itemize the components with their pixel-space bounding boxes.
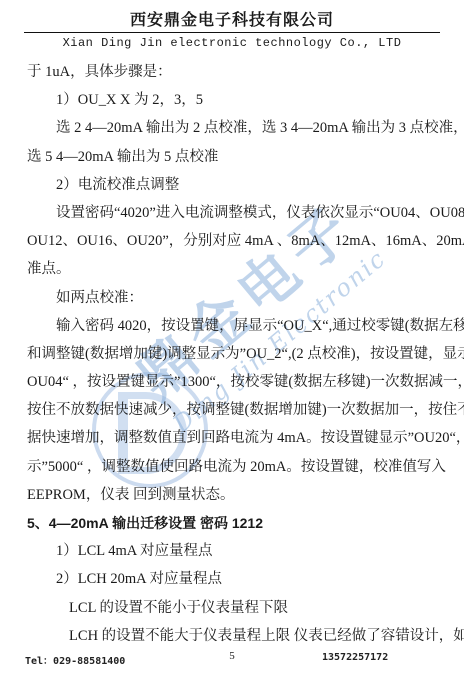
- page-footer: Tel：029-88581400 5 13572257172: [0, 648, 464, 670]
- body-line: EEPROM，仪表 回到测量状态。: [27, 481, 442, 509]
- page-header: 西安鼎金电子科技有限公司 Xian Ding Jin electronic te…: [0, 0, 464, 50]
- body-line: 于 1uA，具体步骤是：: [27, 58, 442, 86]
- body-line: 准点。: [27, 255, 442, 283]
- body-line: OU04“ ，按设置键显示”1300“，按校零键(数据左移键)一次数据减一，: [27, 368, 442, 396]
- header-divider: [24, 32, 440, 33]
- company-name-en: Xian Ding Jin electronic technology Co.,…: [0, 36, 464, 50]
- body-line: 示”5000“ ，调整数值使回路电流为 20mA。按设置键，校准值写入: [27, 453, 442, 481]
- body-line: 选 2 4—20mA 输出为 2 点校准，选 3 4—20mA 输出为 3 点校…: [27, 114, 442, 142]
- document-body: 于 1uA，具体步骤是：1）OU_X X 为 2，3，5选 2 4—20mA 输…: [27, 58, 442, 650]
- document-page: 西安鼎金电子科技有限公司 Xian Ding Jin electronic te…: [0, 0, 464, 700]
- body-line: 1）OU_X X 为 2，3，5: [27, 86, 442, 114]
- body-line: OU12、OU16、OU20”，分别对应 4mA 、8mA、12mA、16mA、…: [27, 227, 442, 255]
- section-heading: 5、4—20mA 输出迁移设置 密码 1212: [27, 509, 442, 537]
- body-line: LCH 的设置不能大于仪表量程上限 仪表已经做了容错设计，如果: [27, 622, 442, 650]
- body-line: 据快速增加，调整数值直到回路电流为 4mA。按设置键显示”OU20“，显: [27, 424, 442, 452]
- body-line: 1）LCL 4mA 对应量程点: [27, 537, 442, 565]
- body-line: 按住不放数据快速减少，按调整键(数据增加键)一次数据加一，按住不放数: [27, 396, 442, 424]
- body-line: LCL 的设置不能小于仪表量程下限: [27, 594, 442, 622]
- body-line: 2）LCH 20mA 对应量程点: [27, 565, 442, 593]
- body-line: 输入密码 4020，按设置键，屏显示“OU_X“,通过校零键(数据左移键): [27, 312, 442, 340]
- body-line: 设置密码“4020”进入电流调整模式，仪表依次显示“OU04、OU08、: [27, 199, 442, 227]
- footer-page-number: 5: [0, 650, 464, 662]
- body-line: 和调整键(数据增加键)调整显示为”OU_2“,(2 点校准)，按设置键，显示”: [27, 340, 442, 368]
- body-line: 如两点校准：: [27, 284, 442, 312]
- footer-mobile-number: 13572257172: [322, 652, 388, 663]
- body-line: 2）电流校准点调整: [27, 171, 442, 199]
- body-line: 选 5 4—20mA 输出为 5 点校准: [27, 143, 442, 171]
- company-name-cn: 西安鼎金电子科技有限公司: [0, 7, 464, 30]
